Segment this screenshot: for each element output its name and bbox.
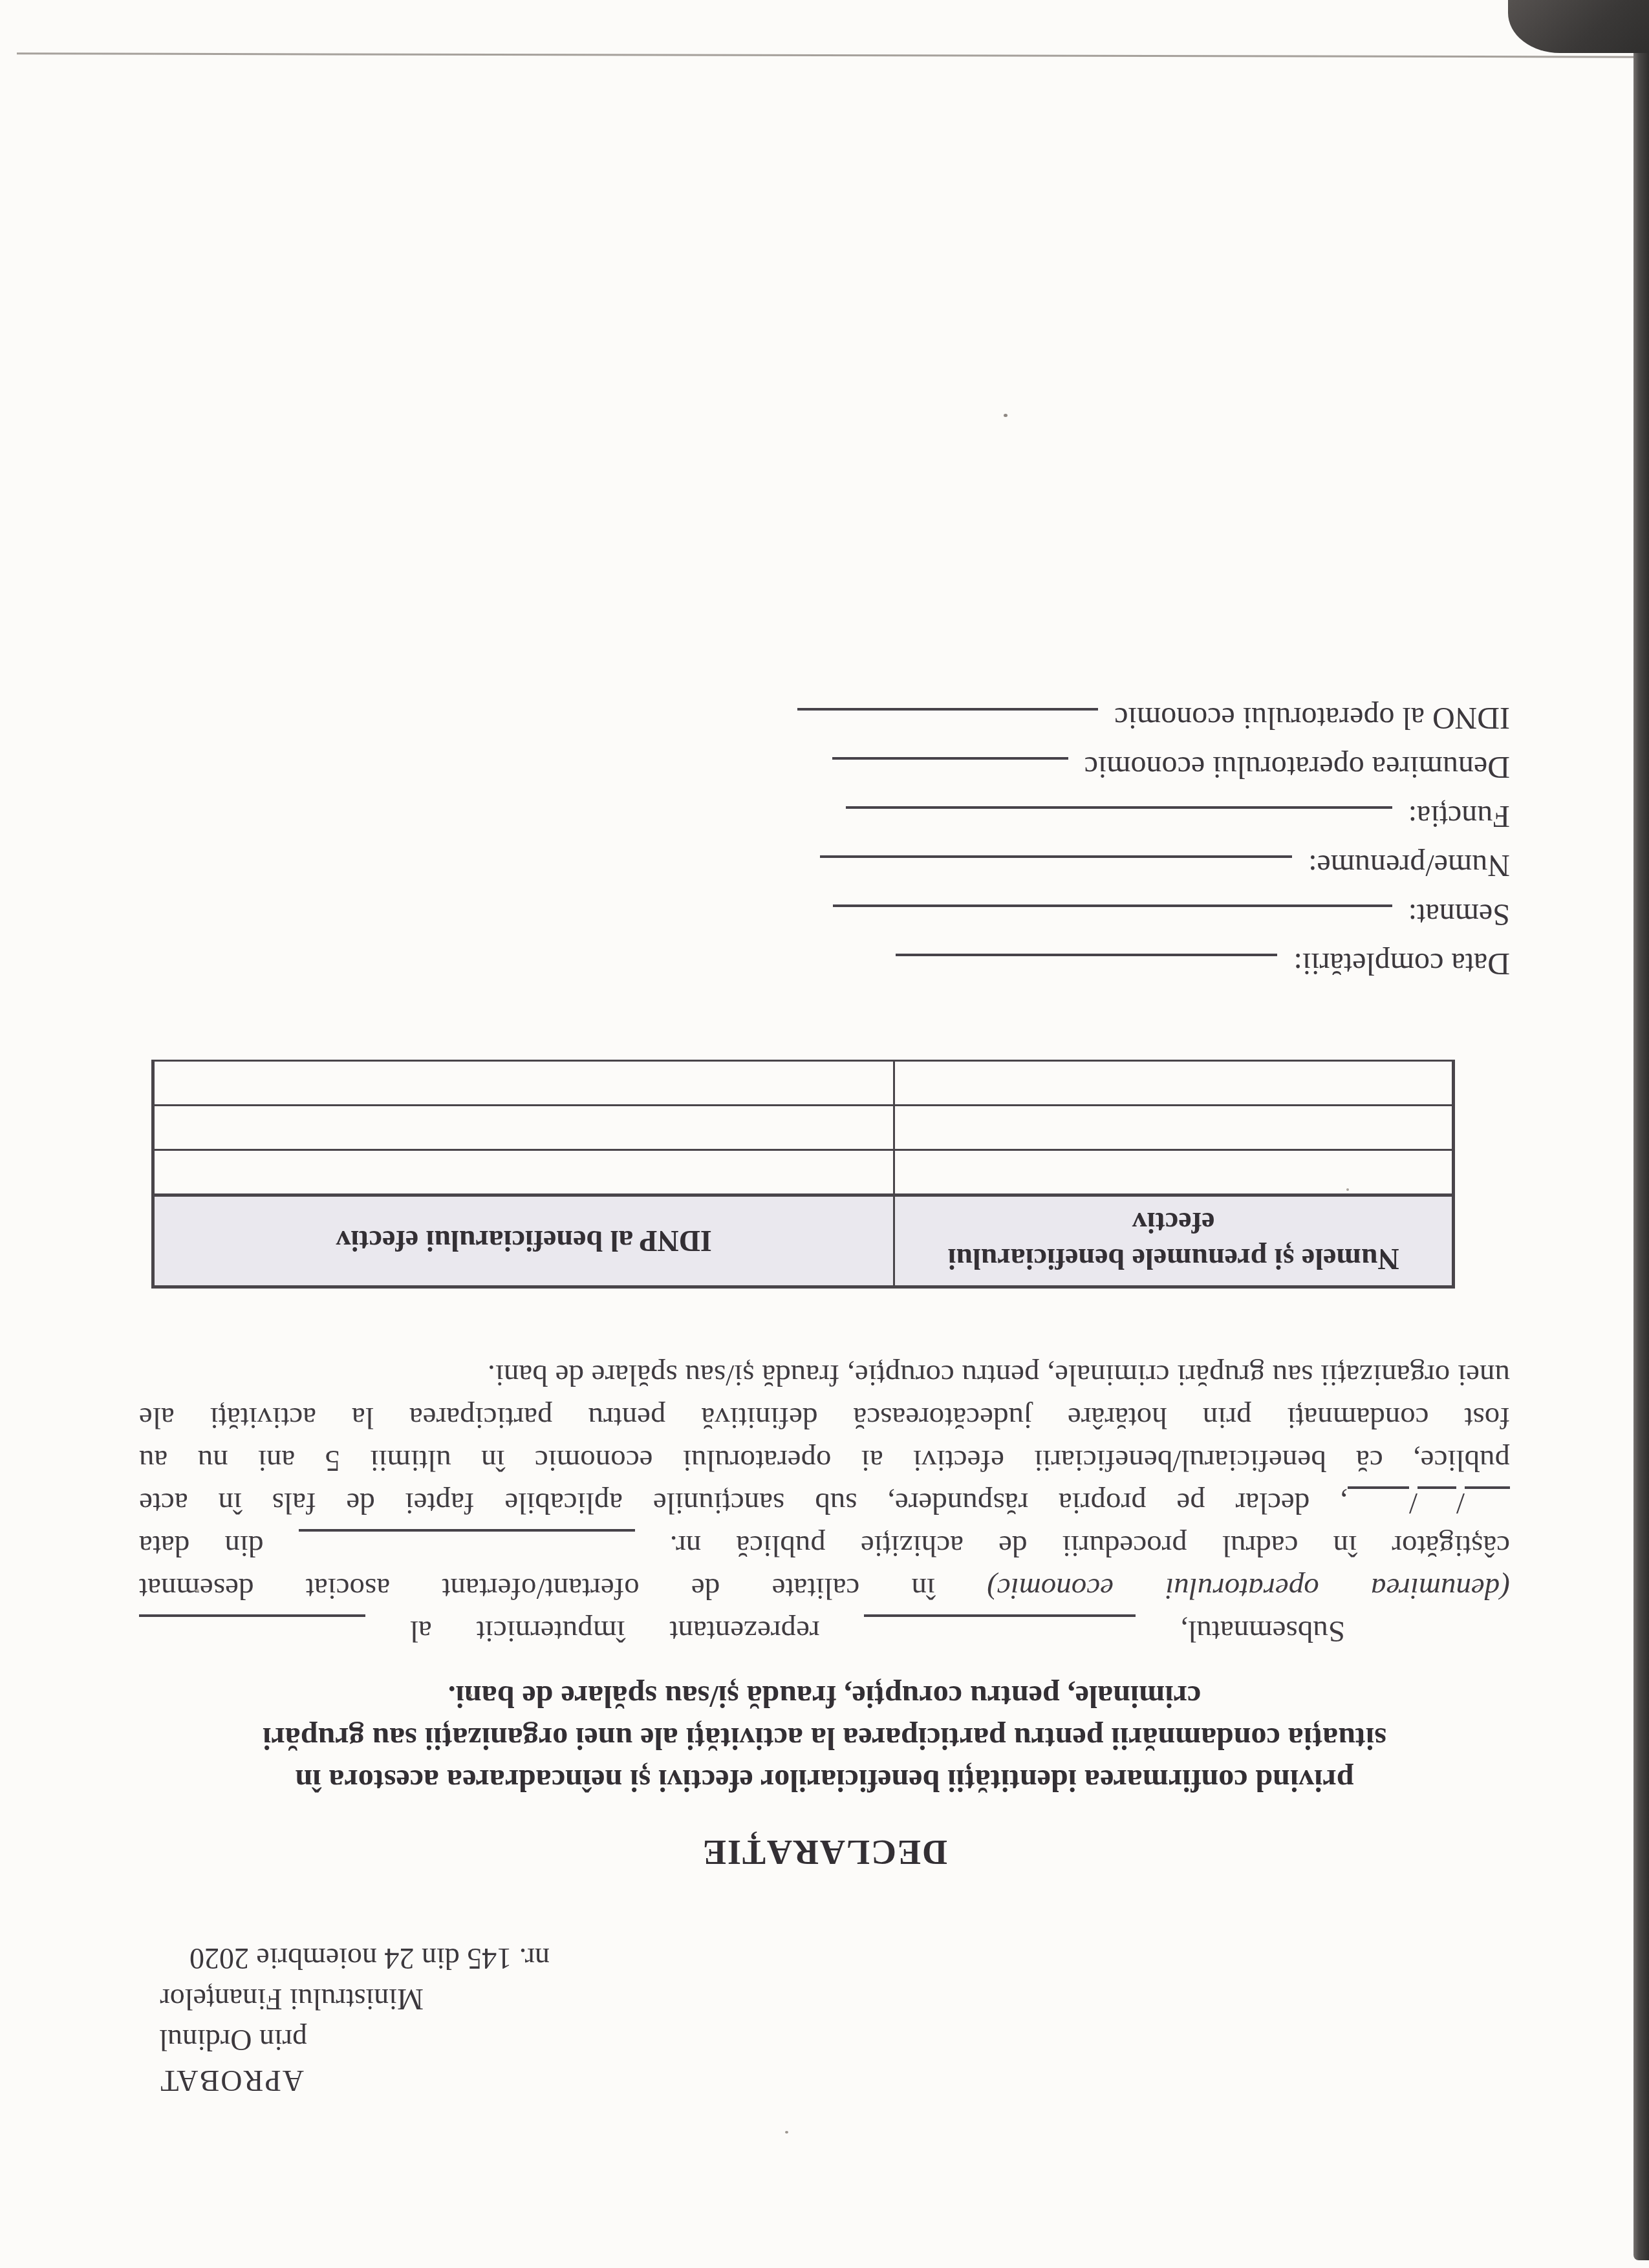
table-empty-cell (894, 1061, 1454, 1106)
blank-date-month (1417, 1486, 1456, 1489)
signature-row-operator-name: Denumirea operatorului economic (797, 736, 1510, 785)
table-empty-cell (153, 1150, 894, 1195)
document-title: DECLARAȚIE (139, 1832, 1510, 1872)
text-procedure: câștigător în cadrul procedurii de achiz… (670, 1529, 1510, 1563)
subtitle-line-1: privind confirmarea identității benefici… (139, 1759, 1510, 1801)
approval-line-number-date: nr. 145 din 24 noiembrie 2020 (189, 1940, 550, 1976)
approval-line-aprobat: APROBAT (159, 2062, 304, 2099)
scanned-document-page: APROBAT prin Ordinul Ministrului Finanțe… (0, 0, 1649, 2268)
subtitle-line-3: criminale, pentru corupție, fraudă și/sa… (139, 1675, 1510, 1717)
approval-line-order: prin Ordinul (159, 2022, 307, 2058)
table-empty-row (153, 1150, 1454, 1195)
signature-row-idno: IDNO al operatorului economic (797, 687, 1510, 736)
label-idno: IDNO al operatorului economic (1114, 700, 1510, 736)
table-header-row: Numele și prenumele beneficiarului efect… (153, 1195, 1454, 1287)
signature-row-name: Nume/prenume: (797, 834, 1510, 883)
date-slash-1: / (1456, 1486, 1465, 1520)
label-denumirea-operatorului: Denumirea operatorului economic (1084, 749, 1510, 785)
document-subtitle: privind confirmarea identității benefici… (139, 1675, 1510, 1801)
table-header-name: Numele și prenumele beneficiarului efect… (894, 1195, 1454, 1287)
table-empty-cell (894, 1106, 1454, 1150)
paragraph-line-2: (denumirea operatorului economic) în cal… (139, 1567, 1510, 1610)
signature-row-date: Data completării: (797, 932, 1510, 981)
blank-operator-name (139, 1614, 365, 1617)
approval-line-ministry: Ministrului Finanțelor (160, 1981, 424, 2017)
declaration-paragraph: Subsemnatul, reprezentant împuternicit a… (139, 1354, 1510, 1653)
paragraph-line-5: publice, că beneficiarul/beneficiarii ef… (139, 1439, 1510, 1482)
date-slash-2: / (1409, 1486, 1417, 1520)
blank-denumirea-operatorului (832, 757, 1068, 760)
blank-date-year (1348, 1486, 1409, 1489)
text-declar: , declar pe propria răspundere, sub sanc… (139, 1486, 1348, 1520)
paragraph-line-3: câștigător în cadrul procedurii de achiz… (139, 1524, 1510, 1567)
table-empty-cell (894, 1150, 1454, 1195)
signature-block: Data completării: Semnat: Nume/prenume: … (797, 687, 1510, 981)
label-data-completarii: Data completării: (1293, 946, 1510, 981)
paragraph-line-7: unei organizații sau grupări criminale, … (139, 1354, 1510, 1396)
table-header-idnp: IDNP al beneficiarului efectiv (153, 1195, 894, 1287)
label-functia: Funcția: (1408, 798, 1510, 834)
beneficiaries-table-body (153, 1061, 1454, 1195)
table-empty-cell (153, 1061, 894, 1106)
blank-data-completarii (896, 954, 1277, 956)
text-tenderer-role: în calitate de ofertant/ofertant asociat… (139, 1572, 935, 1605)
blank-semnat (833, 904, 1392, 907)
blank-procedure-number (299, 1529, 635, 1532)
text-din-data: din data (139, 1529, 264, 1563)
text-representative: reprezentant împuternicit al (410, 1614, 820, 1648)
text-subsemnatul: Subsemnatul, (1180, 1614, 1345, 1648)
signature-row-function: Funcția: (797, 785, 1510, 834)
table-empty-cell (153, 1106, 894, 1150)
label-nume-prenume: Nume/prenume: (1308, 848, 1510, 883)
blank-nume-prenume (820, 855, 1292, 858)
blank-date-day (1465, 1486, 1510, 1489)
text-operator-name-hint: (denumirea operatorului economic) (987, 1572, 1510, 1605)
blank-functia (846, 806, 1392, 809)
blank-idno (797, 708, 1098, 711)
subtitle-line-2: situația condamnării pentru participarea… (139, 1717, 1510, 1759)
paragraph-line-1: Subsemnatul, reprezentant împuternicit a… (139, 1610, 1510, 1653)
label-semnat: Semnat: (1408, 897, 1510, 932)
paragraph-line-4: //, declar pe propria răspundere, sub sa… (139, 1482, 1510, 1524)
paragraph-line-6: fost condamnați prin hotărâre judecătore… (139, 1396, 1510, 1439)
signature-row-signed: Semnat: (797, 883, 1510, 932)
blank-declarant-name (865, 1614, 1136, 1617)
table-empty-row (153, 1061, 1454, 1106)
beneficiaries-table: Numele și prenumele beneficiarului efect… (151, 1060, 1455, 1289)
table-empty-row (153, 1106, 1454, 1150)
